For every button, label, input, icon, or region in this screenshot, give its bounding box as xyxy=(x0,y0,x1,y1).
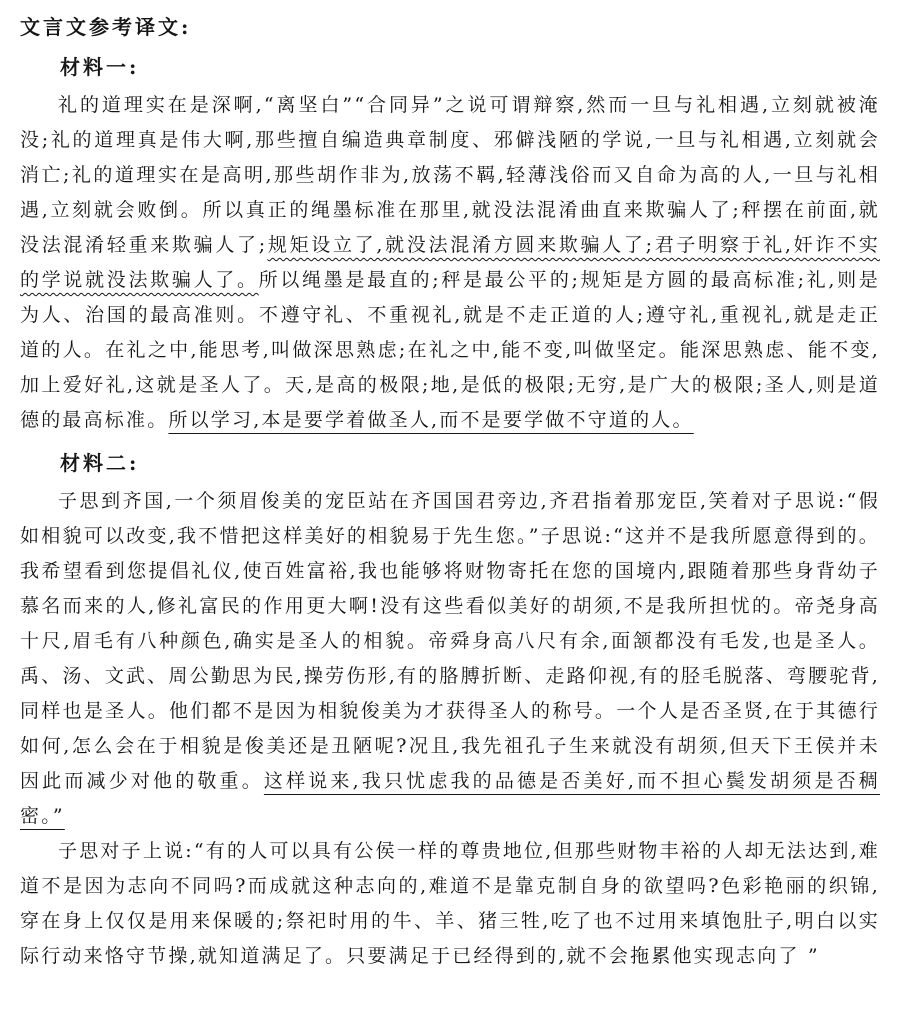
material1-text-segment-1: 礼的道理实在是深啊,“离坚白”“合同异”之说可谓辩察,然而一旦与礼相遇,立刻就被… xyxy=(20,94,880,256)
material2-text-segment-1: 子思到齐国,一个须眉俊美的宠臣站在齐国国君旁边,齐君指着那宠臣,笑着对子思说:“… xyxy=(20,490,880,792)
material1-heading: 材料一: xyxy=(20,54,880,80)
material2-heading: 材料二: xyxy=(20,450,880,476)
document-page: 文言文参考译文: 材料一: 礼的道理实在是深啊,“离坚白”“合同异”之说可谓辩察… xyxy=(0,0,900,1017)
material1-paragraph: 礼的道理实在是深啊,“离坚白”“合同异”之说可谓辩察,然而一旦与礼相遇,立刻就被… xyxy=(20,88,880,438)
material1-text-segment-2: 所以绳墨是最直的;秤是最公平的;规矩是方圆的最高标准;礼,则是为人、治国的最高准… xyxy=(20,269,880,431)
material1-underlined-text: 所以学习,本是要学着做圣人,而不是要学做不守道的人。 xyxy=(168,409,693,431)
material2-paragraph-1: 子思到齐国,一个须眉俊美的宠臣站在齐国国君旁边,齐君指着那宠臣,笑着对子思说:“… xyxy=(20,484,880,834)
document-title: 文言文参考译文: xyxy=(20,12,880,42)
material2-paragraph-2: 子思对子上说:“有的人可以具有公侯一样的尊贵地位,但那些财物丰裕的人却无法达到,… xyxy=(20,834,880,974)
